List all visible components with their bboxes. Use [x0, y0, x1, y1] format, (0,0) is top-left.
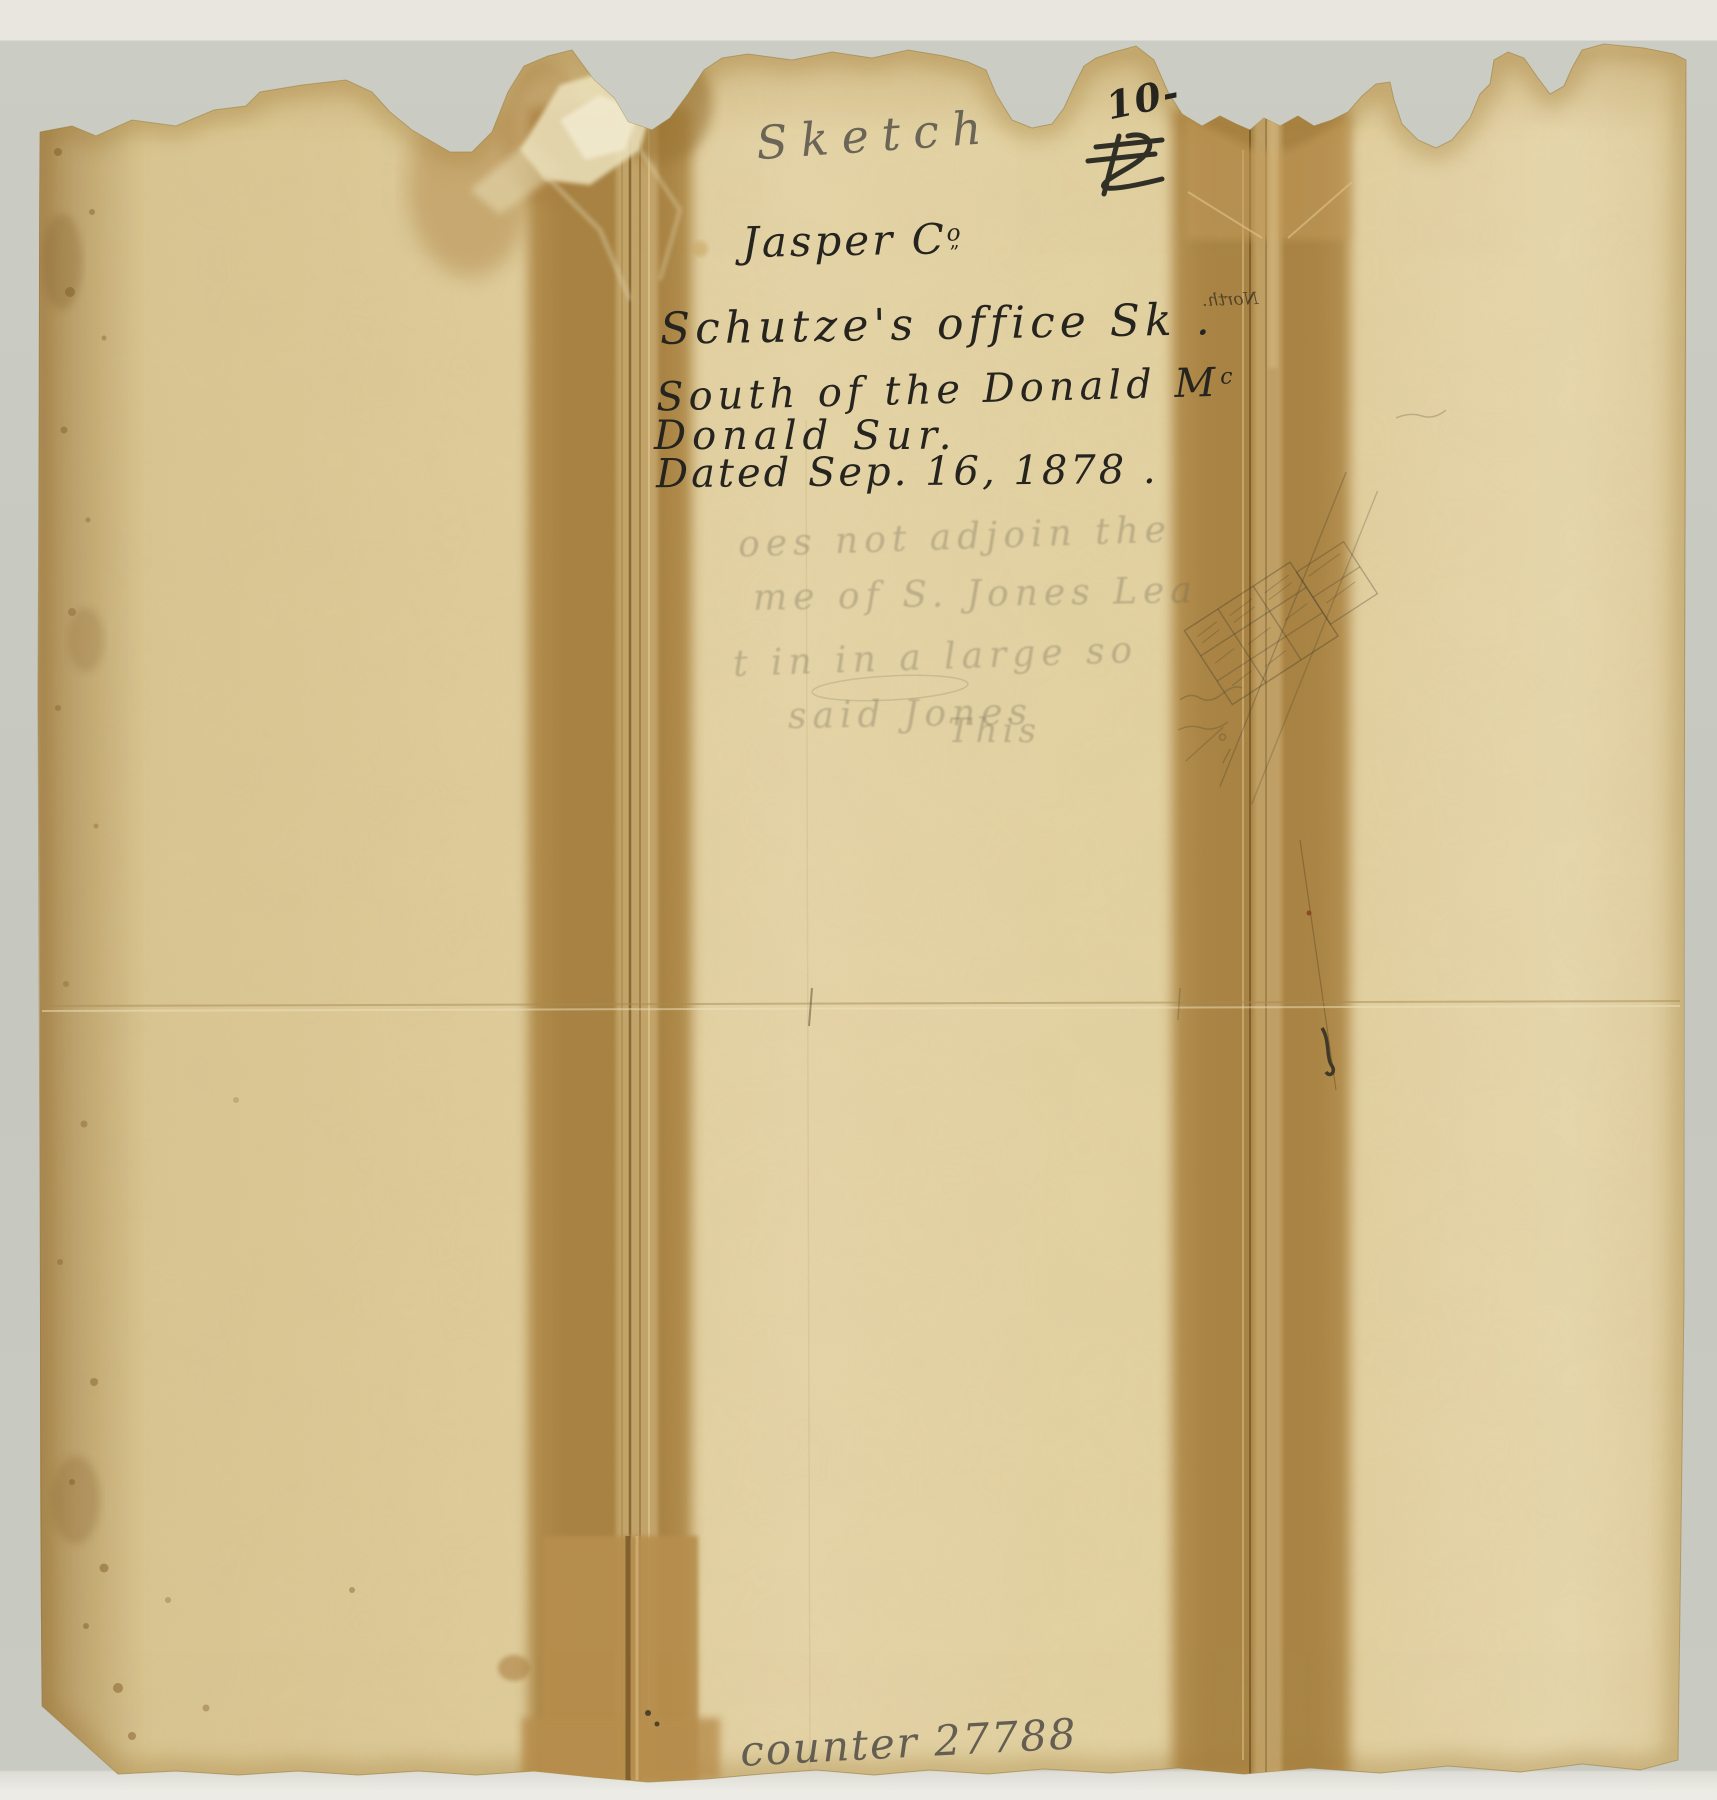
faint-note-line: This: [948, 714, 1041, 748]
title-office-line: Schutze's office Sk .: [660, 298, 1215, 352]
stain-spot: [498, 1655, 530, 1681]
ditto-mark: „: [949, 232, 962, 251]
stain-blotch: [52, 1456, 100, 1544]
stain-blotch: [68, 608, 104, 672]
tape-stain-band-right: [1172, 108, 1352, 1778]
stain-spot: [233, 1097, 239, 1103]
paper-sheet-artwork: [0, 0, 1717, 1800]
tape-piece-bottom-left: [522, 1536, 720, 1780]
scanned-document-page: Sketch 10- Jasper Co„ Schutze's office S…: [0, 0, 1717, 1800]
stain-blotch: [42, 214, 82, 310]
title-date-line: Dated Sep. 16, 1878 .: [656, 450, 1159, 494]
title-county-line: Jasper Co„: [742, 218, 964, 264]
stain-spot: [349, 1587, 355, 1593]
stain-spot: [692, 241, 708, 257]
superscript-c: c: [1220, 364, 1238, 389]
bleedthrough-north-label: North.: [1202, 291, 1259, 310]
faint-note-line: me of S. Jones Lea: [753, 573, 1198, 617]
